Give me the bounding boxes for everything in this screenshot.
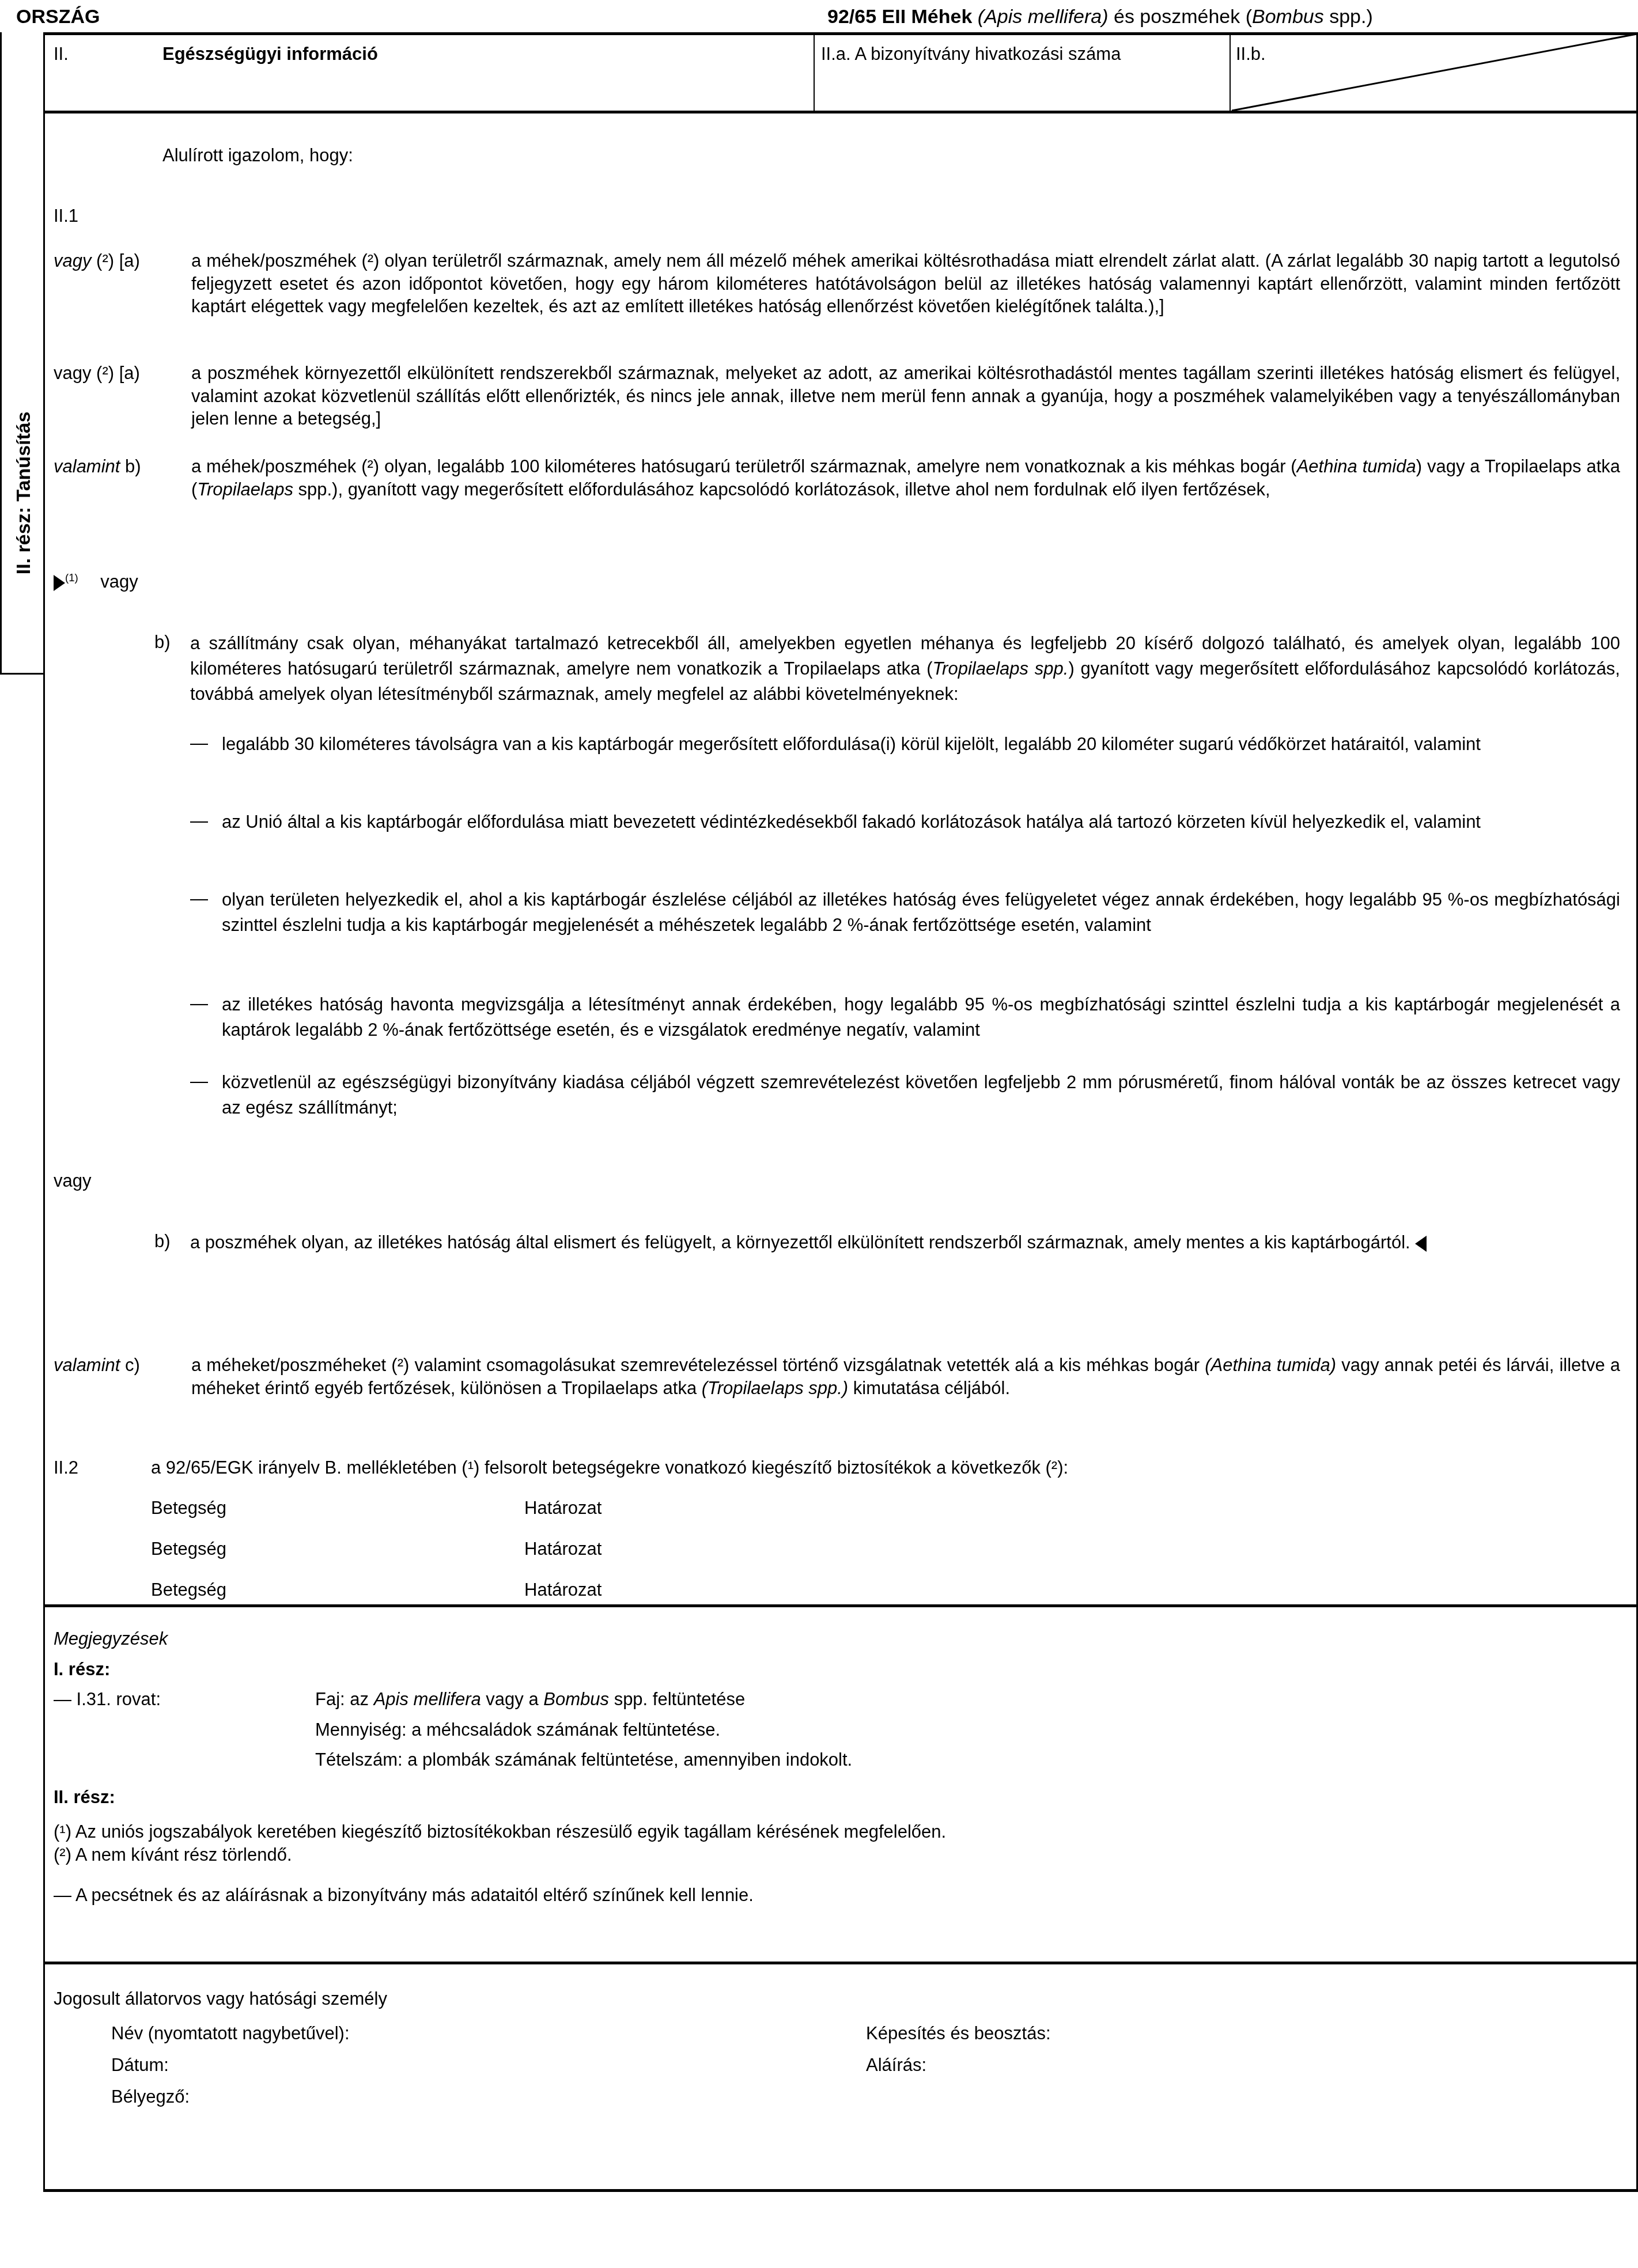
disease-label: Betegség bbox=[151, 1497, 226, 1520]
signature-field[interactable]: Aláírás: bbox=[866, 2054, 926, 2077]
footnote-2: (²) A nem kívánt rész törlendő. bbox=[54, 1843, 292, 1866]
p3-text: a méhek/poszméhek (²) olyan, legalább 10… bbox=[191, 455, 1620, 501]
p3-lead: valamint b) bbox=[54, 455, 141, 478]
disease-label: Betegség bbox=[151, 1578, 226, 1601]
amendment-start: (1) vagy bbox=[54, 570, 138, 593]
bottom-border bbox=[43, 2189, 1638, 2192]
p3-text-a: a méhek/poszméhek (²) olyan, legalább 10… bbox=[191, 456, 1297, 476]
title-italic-genus: Bombus bbox=[1252, 6, 1324, 28]
ii-a-reference-number: II.a. A bizonyítvány hivatkozási száma bbox=[821, 43, 1221, 66]
dash-bullet: — bbox=[190, 992, 208, 1015]
dash-bullet: — bbox=[190, 732, 208, 755]
footnote-1: (¹) Az uniós jogszabályok keretében kieg… bbox=[54, 1820, 946, 1843]
decision-label: Határozat bbox=[524, 1538, 602, 1561]
decision-label: Határozat bbox=[524, 1578, 602, 1601]
p4-text-italic-2: (Tropilaelaps spp.) bbox=[702, 1378, 848, 1398]
stamp-note: — A pecsétnek és az aláírásnak a bizonyí… bbox=[54, 1884, 754, 1907]
certificate-title: 92/65 EII Méhek (Apis mellifera) és posz… bbox=[827, 5, 1373, 30]
p1-lead-italic: vagy bbox=[54, 251, 91, 271]
b1-item: b) a szállítmány csak olyan, méhanyákat … bbox=[154, 631, 1620, 707]
dash-item: — az illetékes hatóság havonta megvizsgá… bbox=[190, 992, 1620, 1043]
b2-label: b) bbox=[154, 1230, 171, 1253]
notes-quantity-line: Mennyiség: a méhcsaládok számának feltün… bbox=[315, 1718, 720, 1741]
stamp-field[interactable]: Bélyegző: bbox=[111, 2085, 190, 2108]
dash-item: — az Unió által a kis kaptárbogár előfor… bbox=[190, 809, 1620, 835]
sidebar-label-text: II. rész: Tanúsítás bbox=[11, 412, 36, 575]
title-bold: 92/65 EII Méhek bbox=[827, 6, 972, 28]
section-divider-signature bbox=[43, 1962, 1638, 1964]
disease-label: Betegség bbox=[151, 1538, 226, 1561]
b1-label: b) bbox=[154, 631, 171, 654]
notes-species-line: Faj: az Apis mellifera vagy a Bombus spp… bbox=[315, 1688, 745, 1711]
p1-lead: vagy (²) [a) bbox=[54, 249, 140, 272]
amendment-marker: (1) bbox=[65, 571, 78, 584]
p2-text: a poszméhek környezettől elkülönített re… bbox=[191, 362, 1620, 430]
p3-text-italic-1: Aethina tumida bbox=[1297, 456, 1416, 476]
p4-lead-italic: valamint bbox=[54, 1355, 120, 1375]
dash-bullet: — bbox=[190, 1070, 208, 1093]
amendment-start-triangle-icon bbox=[54, 575, 65, 591]
species-line-a: Faj: az bbox=[315, 1689, 374, 1709]
country-label: ORSZÁG bbox=[16, 5, 100, 30]
notes-part-i-item-label: — I.31. rovat: bbox=[54, 1688, 161, 1711]
dash-bullet: — bbox=[190, 887, 208, 910]
name-field[interactable]: Név (nyomtatott nagybetűvel): bbox=[111, 2022, 350, 2045]
dash-item: — olyan területen helyezkedik el, ahol a… bbox=[190, 887, 1620, 938]
qualification-field[interactable]: Képesítés és beosztás: bbox=[866, 2022, 1051, 2045]
notes-part-ii-title: II. rész: bbox=[54, 1786, 115, 1809]
sidebar-part-ii: II. rész: Tanúsítás bbox=[0, 32, 43, 675]
section-ii-1: II.1 bbox=[54, 205, 78, 228]
dash-item-text: az Unió által a kis kaptárbogár előfordu… bbox=[222, 809, 1620, 835]
dash-item-text: közvetlenül az egészségügyi bizonyítvány… bbox=[222, 1070, 1620, 1120]
p4-text: a méheket/poszméheket (²) valamint csoma… bbox=[191, 1354, 1620, 1399]
title-italic-species: (Apis mellifera) bbox=[978, 6, 1109, 28]
b2-item: b) a poszméhek olyan, az illetékes hatós… bbox=[154, 1230, 1620, 1255]
p1-lead-rest: (²) [a) bbox=[91, 251, 139, 271]
part-number: II. bbox=[54, 43, 69, 66]
dash-item: — közvetlenül az egészségügyi bizonyítvá… bbox=[190, 1070, 1620, 1120]
title-mid: és poszméhek ( bbox=[1109, 6, 1252, 28]
sidebar-label: II. rész: Tanúsítás bbox=[6, 378, 41, 608]
b2-text-body: a poszméhek olyan, az illetékes hatóság … bbox=[190, 1232, 1410, 1252]
amendment-or: vagy bbox=[100, 571, 138, 592]
species-line-italic-1: Apis mellifera bbox=[374, 1689, 481, 1709]
intro-text: Alulírott igazolom, hogy: bbox=[162, 144, 353, 167]
species-line-c: spp. feltüntetése bbox=[609, 1689, 745, 1709]
species-line-italic-2: Bombus bbox=[543, 1689, 609, 1709]
ii-b-crossed-out bbox=[1230, 32, 1638, 112]
amendment-end-triangle-icon bbox=[1415, 1236, 1427, 1252]
dash-item: — legalább 30 kilométeres távolságra van… bbox=[190, 732, 1620, 757]
col-divider-1 bbox=[814, 32, 815, 112]
dash-bullet: — bbox=[190, 809, 208, 832]
signature-title: Jogosult állatorvos vagy hatósági személ… bbox=[54, 1987, 387, 2010]
p4-lead-rest: c) bbox=[120, 1355, 139, 1375]
title-end: spp.) bbox=[1324, 6, 1373, 28]
notes-title: Megjegyzések bbox=[54, 1627, 168, 1650]
p4-text-italic-1: (Aethina tumida) bbox=[1205, 1355, 1336, 1375]
ii-b-label: II.b. bbox=[1236, 43, 1266, 66]
b2-text: a poszméhek olyan, az illetékes hatóság … bbox=[190, 1230, 1620, 1255]
p3-lead-rest: b) bbox=[120, 456, 141, 476]
section-divider-notes bbox=[43, 1604, 1638, 1607]
p3-text-c: spp.), gyanított vagy megerősített előfo… bbox=[293, 479, 1270, 499]
p4-text-a: a méheket/poszméheket (²) valamint csoma… bbox=[191, 1355, 1205, 1375]
dash-item-text: legalább 30 kilométeres távolságra van a… bbox=[222, 732, 1620, 757]
b1-text: a szállítmány csak olyan, méhanyákat tar… bbox=[190, 631, 1620, 707]
p2-lead: vagy (²) [a) bbox=[54, 362, 140, 385]
p4-text-c: kimutatása céljából. bbox=[848, 1378, 1010, 1398]
notes-part-i-title: I. rész: bbox=[54, 1658, 110, 1681]
b1-text-italic: Tropilaelaps spp. bbox=[932, 658, 1068, 679]
date-field[interactable]: Dátum: bbox=[111, 2054, 169, 2077]
species-line-b: vagy a bbox=[481, 1689, 544, 1709]
dash-item-text: az illetékes hatóság havonta megvizsgálj… bbox=[222, 992, 1620, 1043]
p3-lead-italic: valamint bbox=[54, 456, 120, 476]
decision-label: Határozat bbox=[524, 1497, 602, 1520]
section-ii-2-text: a 92/65/EGK irányelv B. mellékletében (¹… bbox=[151, 1456, 1068, 1479]
left-border bbox=[43, 32, 45, 2190]
dash-item-text: olyan területen helyezkedik el, ahol a k… bbox=[222, 887, 1620, 938]
p3-text-italic-2: Tropilaelaps bbox=[197, 479, 293, 499]
health-info-heading: Egészségügyi információ bbox=[162, 43, 378, 66]
section-ii-2: II.2 bbox=[54, 1456, 78, 1479]
notes-lot-line: Tételszám: a plombák számának feltünteté… bbox=[315, 1748, 852, 1771]
p4-lead: valamint c) bbox=[54, 1354, 140, 1377]
p1-text: a méhek/poszméhek (²) olyan területről s… bbox=[191, 249, 1620, 318]
or-2: vagy bbox=[54, 1169, 91, 1192]
